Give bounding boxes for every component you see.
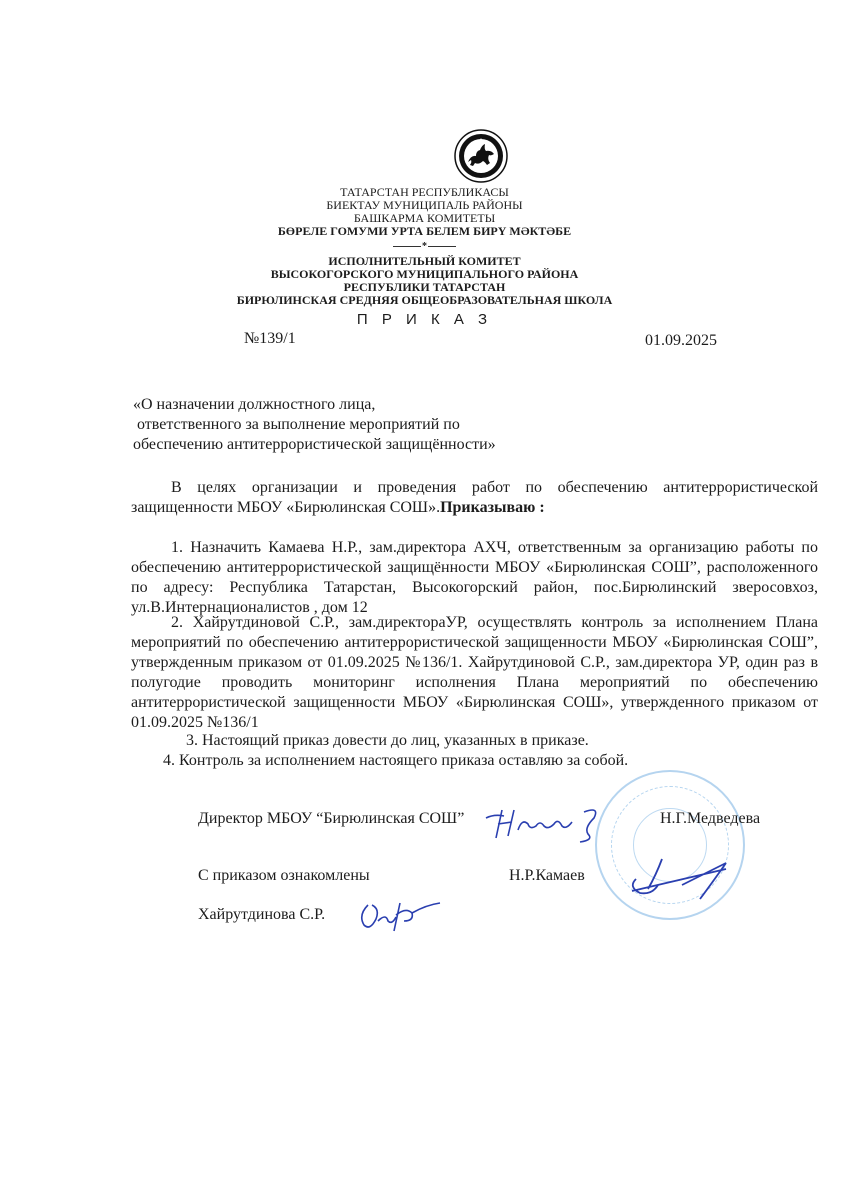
tatarstan-emblem-icon (454, 129, 508, 183)
order-item-4: 4. Контроль за исполнением настоящего пр… (163, 752, 628, 770)
order-item-1: 1. Назначить Камаева Н.Р., зам.директора… (131, 538, 818, 618)
order-item-2: 2. Хайрутдиновой С.Р., зам.директораУР, … (131, 613, 818, 733)
intro-paragraph: В целях организации и проведения работ п… (131, 478, 818, 518)
acknowledged-label: С приказом ознакомлены (198, 867, 370, 885)
subject-line: обеспечению антитеррористической защищён… (133, 435, 496, 455)
subject-line: ответственного за выполнение мероприятий… (133, 415, 496, 435)
director-name: Н.Г.Медведева (660, 810, 760, 828)
director-title: Директор МБОУ “Бирюлинская СОШ” (198, 810, 464, 828)
subject-line: «О назначении должностного лица, (133, 395, 496, 415)
separator-star: * (422, 241, 427, 252)
header-russian-school: БИРЮЛИНСКАЯ СРЕДНЯЯ ОБЩЕОБРАЗОВАТЕЛЬНАЯ … (0, 294, 849, 307)
order-subject: «О назначении должностного лица, ответст… (133, 395, 496, 455)
order-number: №139/1 (244, 330, 296, 348)
header-separator: * (0, 241, 849, 253)
order-item-3: 3. Настоящий приказ довести до лиц, указ… (186, 732, 589, 750)
acknowledged-name-khairutdinova: Хайрутдинова С.Р. (198, 906, 325, 924)
acknowledged-name-kamaev: Н.Р.Камаев (509, 867, 585, 885)
intro-order-word: Приказываю : (440, 499, 545, 516)
document-title: П Р И К А З (0, 311, 849, 328)
kamaev-signature-icon (622, 855, 732, 905)
header-russian: ИСПОЛНИТЕЛЬНЫЙ КОМИТЕТ ВЫСОКОГОРСКОГО МУ… (0, 255, 849, 307)
header-tatar-school: БӨРЕЛЕ ГОМУМИ УРТА БЕЛЕМ БИРҮ МӘКТӘБЕ (0, 225, 849, 238)
order-date: 01.09.2025 (645, 332, 717, 350)
header-tatar: ТАТАРСТАН РЕСПУБЛИКАСЫ БИЕКТАУ МУНИЦИПАЛ… (0, 186, 849, 238)
director-signature-icon (484, 804, 614, 844)
khairutdinova-signature-icon (356, 895, 446, 935)
